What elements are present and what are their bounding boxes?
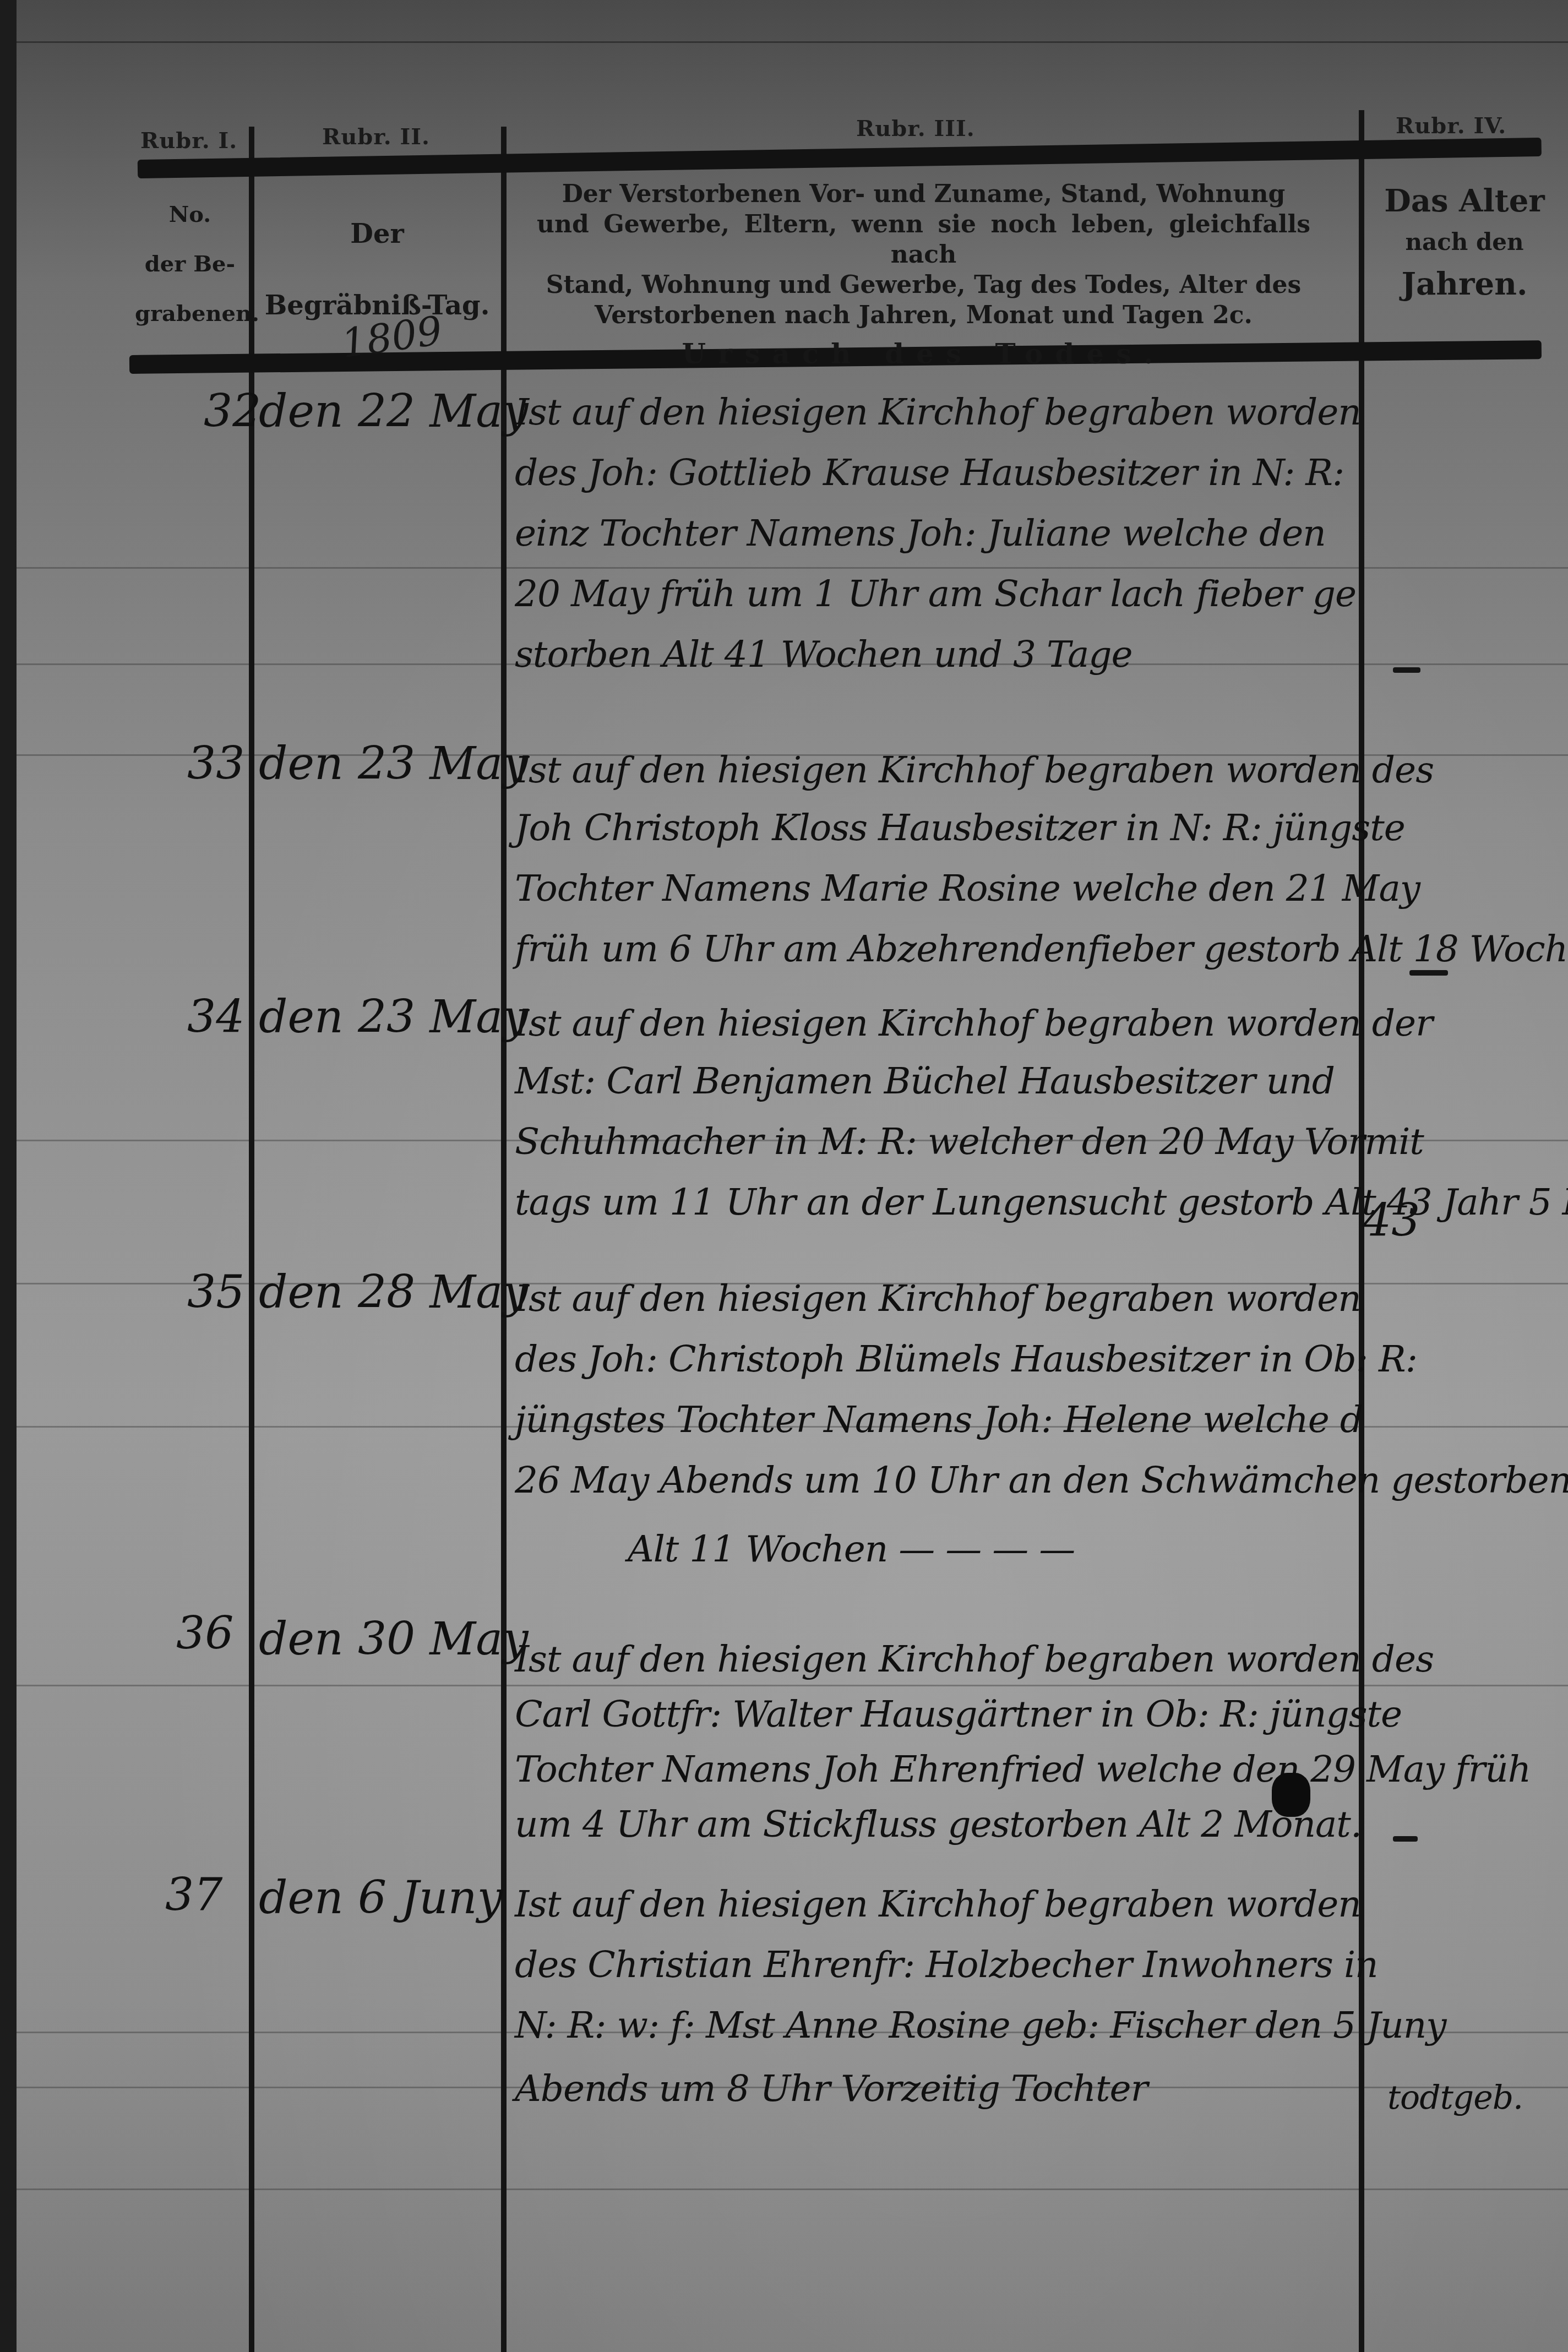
entry-line: 26 May Abends um 10 Uhr an den Schwämche…	[515, 1459, 1568, 1501]
entry-line: früh um 6 Uhr am Abzehrendenfieber gesto…	[515, 928, 1568, 970]
col3-subheader: Ursach des Todes.	[537, 337, 1310, 372]
age-dash	[1393, 1836, 1418, 1842]
ink-blot	[1272, 1773, 1310, 1817]
entry-date: den 28 May	[259, 1266, 528, 1319]
entry-date: den 23 May	[259, 991, 528, 1043]
entry-line: Carl Gottfr: Walter Hausgärtner in Ob: R…	[515, 1693, 1402, 1735]
col3-header-line: Verstorbenen nach Jahren, Monat und Tage…	[537, 300, 1310, 330]
entry-line: jüngstes Tochter Namens Joh: Helene welc…	[515, 1398, 1363, 1441]
entry-line: storben Alt 41 Wochen und 3 Tage	[515, 633, 1133, 676]
age-dash	[1409, 970, 1448, 976]
entry-line: des Joh: Gottlieb Krause Hausbesitzer in…	[515, 451, 1344, 494]
entry-number: 34	[187, 991, 244, 1043]
column-divider-1	[249, 127, 254, 2352]
col4-header: Das Alter nach den Jahren.	[1371, 182, 1558, 303]
entry-date: den 30 May	[259, 1613, 528, 1665]
entry-number: 33	[187, 738, 244, 790]
entry-number: 37	[165, 1869, 222, 1921]
entry-line: Ist auf den hiesigen Kirchhof begraben w…	[515, 1883, 1361, 1925]
col4-header-line: Das Alter	[1371, 182, 1558, 220]
entry-line: um 4 Uhr am Stickfluss gestorben Alt 2 M…	[515, 1803, 1362, 1845]
entry-line: einz Tochter Namens Joh: Juliane welche …	[515, 512, 1326, 554]
entry-line: Joh Christoph Kloss Hausbesitzer in N: R…	[515, 807, 1405, 849]
col4-header-line: Jahren.	[1371, 265, 1558, 303]
entry-line: Tochter Namens Marie Rosine welche den 2…	[515, 867, 1420, 910]
col3-header-line: und Gewerbe, Eltern, wenn sie noch leben…	[537, 209, 1310, 270]
col3-header: Der Verstorbenen Vor- und Zuname, Stand,…	[537, 179, 1310, 372]
entry-line: Ist auf den hiesigen Kirchhof begraben w…	[515, 391, 1361, 433]
column-divider-2	[501, 127, 507, 2352]
page-binding-edge	[0, 0, 17, 2352]
col1-header-line: No.	[135, 201, 245, 228]
entry-line: Tochter Namens Joh Ehrenfried welche den…	[515, 1748, 1531, 1790]
rubric-2-label: Rubr. II.	[322, 124, 430, 150]
entry-number: 32	[204, 385, 261, 438]
col2-header: Der Begräbniß-Tag.	[256, 217, 498, 322]
rubric-4-label: Rubr. IV.	[1396, 113, 1506, 139]
entry-date: den 6 Juny	[259, 1872, 503, 1924]
entry-line: Ist auf den hiesigen Kirchhof begraben w…	[515, 749, 1434, 791]
entry-date: den 22 May	[259, 385, 528, 438]
entry-line: Abends um 8 Uhr Vorzeitig Tochter	[515, 2067, 1147, 2110]
entry-number: 36	[176, 1608, 233, 1660]
entry-number: 35	[187, 1266, 244, 1319]
col4-header-line: nach den	[1371, 228, 1558, 257]
col3-header-line: Der Verstorbenen Vor- und Zuname, Stand,…	[537, 179, 1310, 209]
ruled-line	[17, 41, 1568, 43]
col3-header-line: Stand, Wohnung und Gewerbe, Tag des Tode…	[537, 270, 1310, 300]
entry-date: den 23 May	[259, 738, 528, 790]
entry-age: todtgeb.	[1387, 2078, 1523, 2117]
entry-line: Mst: Carl Benjamen Büchel Hausbesitzer u…	[515, 1060, 1335, 1102]
entry-line: 20 May früh um 1 Uhr am Schar lach fiebe…	[515, 573, 1356, 615]
entry-age: 43	[1363, 1195, 1420, 1247]
col1-header: No. der Be- grabenen.	[135, 201, 245, 328]
col1-header-line: grabenen.	[135, 300, 245, 328]
entry-line: N: R: w: f: Mst Anne Rosine geb: Fischer…	[515, 2004, 1446, 2046]
entry-line: des Joh: Christoph Blümels Hausbesitzer …	[515, 1338, 1417, 1380]
entry-line: Ist auf den hiesigen Kirchhof begraben w…	[515, 1002, 1433, 1044]
register-page: Rubr. I. Rubr. II. Rubr. III. Rubr. IV. …	[0, 0, 1568, 2352]
rubric-1-label: Rubr. I.	[140, 128, 237, 154]
rubric-3-label: Rubr. III.	[856, 116, 975, 141]
entry-line: Schuhmacher in M: R: welcher den 20 May …	[515, 1120, 1424, 1163]
col1-header-line: der Be-	[135, 251, 245, 278]
entry-line: Ist auf den hiesigen Kirchhof begraben w…	[515, 1277, 1361, 1320]
age-dash	[1393, 667, 1420, 673]
col2-header-line: Der	[256, 217, 498, 251]
entry-line: des Christian Ehrenfr: Holzbecher Inwohn…	[515, 1943, 1378, 1986]
entry-line: Alt 11 Wochen — — — —	[628, 1528, 1075, 1570]
entry-line: Ist auf den hiesigen Kirchhof begraben w…	[515, 1638, 1434, 1680]
